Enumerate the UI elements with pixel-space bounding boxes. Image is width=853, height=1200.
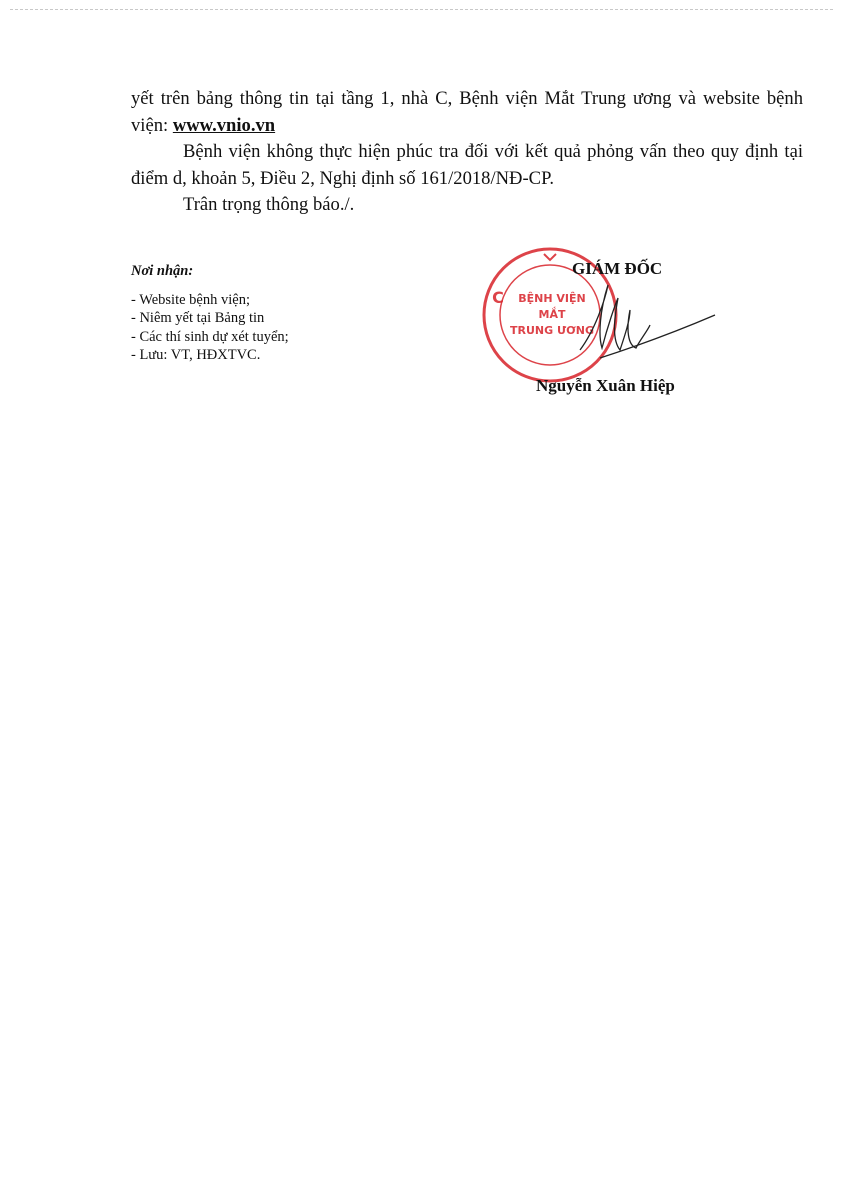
svg-text:MẮT: MẮT <box>539 306 566 321</box>
paragraph-no-review: Bệnh viện không thực hiện phúc tra đối v… <box>131 139 803 192</box>
website-link[interactable]: www.vnio.vn <box>173 115 275 136</box>
svg-text:TRUNG ƯƠNG: TRUNG ƯƠNG <box>510 324 594 337</box>
recipient-item: - Niêm yết tại Bảng tin <box>131 309 289 328</box>
signatory-name: Nguyễn Xuân Hiệp <box>536 376 675 396</box>
paragraph-announcement: yết trên bảng thông tin tại tầng 1, nhà … <box>131 86 803 139</box>
svg-text:C: C <box>492 288 504 307</box>
document-body: yết trên bảng thông tin tại tầng 1, nhà … <box>131 86 803 219</box>
scan-top-edge <box>10 9 833 10</box>
recipient-item: - Lưu: VT, HĐXTVC. <box>131 346 289 365</box>
recipients-title: Nơi nhận: <box>131 262 289 281</box>
recipients-block: Nơi nhận: - Website bệnh viện; - Niêm yế… <box>131 262 289 365</box>
svg-text:BỆNH VIỆN: BỆNH VIỆN <box>518 292 585 305</box>
closing-line: Trân trọng thông báo./. <box>131 192 803 219</box>
signatory-position: GIÁM ĐỐC <box>572 259 662 279</box>
signature-scribble-icon <box>580 285 715 358</box>
signature-block: BỆNH VIỆN MẮT TRUNG ƯƠNG C GIÁM ĐỐC Nguy… <box>480 240 730 410</box>
recipient-item: - Website bệnh viện; <box>131 291 289 310</box>
recipient-item: - Các thí sinh dự xét tuyển; <box>131 328 289 347</box>
